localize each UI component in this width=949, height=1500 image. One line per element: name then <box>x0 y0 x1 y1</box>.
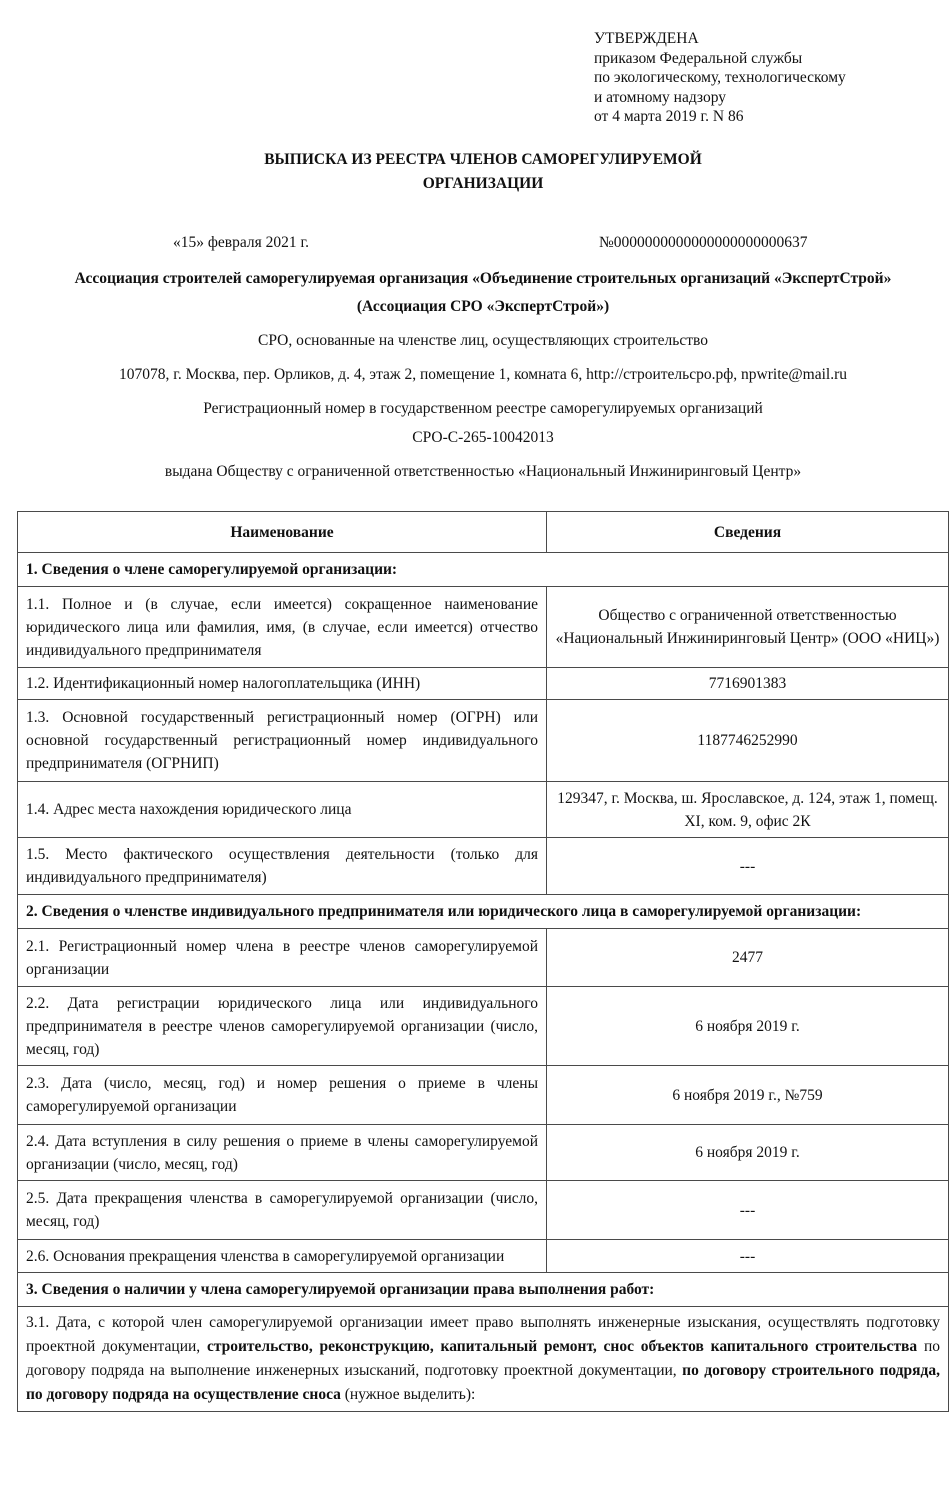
row-value: 7716901383 <box>547 668 949 700</box>
row-label: 2.4. Дата вступления в силу решения о пр… <box>18 1125 547 1181</box>
registry-label: Регистрационный номер в государственном … <box>0 400 949 418</box>
section-2-title: 2. Сведения о членстве индивидуального п… <box>18 895 949 929</box>
row-3-1-bold1: строительство, реконструкцию, капитальны… <box>207 1338 917 1355</box>
row-value: 6 ноября 2019 г. <box>547 1125 949 1181</box>
row-value: 6 ноября 2019 г. <box>547 987 949 1066</box>
approval-line: и атомному надзору <box>594 88 846 108</box>
column-header-name: Наименование <box>18 512 547 553</box>
table-row: 2.5. Дата прекращения членства в саморег… <box>18 1181 949 1240</box>
table-row: 2.4. Дата вступления в силу решения о пр… <box>18 1125 949 1181</box>
table-header-row: Наименование Сведения <box>18 512 949 553</box>
section-1-title: 1. Сведения о члене саморегулируемой орг… <box>18 553 949 587</box>
organization-type: СРО, основанные на членстве лиц, осущест… <box>0 332 949 350</box>
row-value: --- <box>547 1181 949 1240</box>
table-row: 1.1. Полное и (в случае, если имеется) с… <box>18 587 949 668</box>
issued-to: выдана Обществу с ограниченной ответстве… <box>0 463 949 481</box>
document-title: ВЫПИСКА ИЗ РЕЕСТРА ЧЛЕНОВ САМОРЕГУЛИРУЕМ… <box>0 148 949 196</box>
approval-line: УТВЕРЖДЕНА <box>594 29 846 49</box>
organization-full-name: Ассоциация строителей саморегулируемая о… <box>0 270 949 288</box>
section-row: 3. Сведения о наличии у члена саморегули… <box>18 1273 949 1307</box>
row-label: 2.6. Основания прекращения членства в са… <box>18 1240 547 1273</box>
row-label: 1.3. Основной государственный регистраци… <box>18 700 547 782</box>
row-value: 1187746252990 <box>547 700 949 782</box>
row-value: 2477 <box>547 929 949 987</box>
table-row: 2.3. Дата (число, месяц, год) и номер ре… <box>18 1066 949 1125</box>
row-value: --- <box>547 1240 949 1273</box>
table-row: 2.6. Основания прекращения членства в са… <box>18 1240 949 1273</box>
approval-line: от 4 марта 2019 г. N 86 <box>594 107 846 127</box>
document-title-line1: ВЫПИСКА ИЗ РЕЕСТРА ЧЛЕНОВ САМОРЕГУЛИРУЕМ… <box>0 148 949 172</box>
row-label: 1.1. Полное и (в случае, если имеется) с… <box>18 587 547 668</box>
row-label: 2.3. Дата (число, месяц, год) и номер ре… <box>18 1066 547 1125</box>
organization-address: 107078, г. Москва, пер. Орликов, д. 4, э… <box>0 366 949 384</box>
row-label: 1.2. Идентификационный номер налогоплате… <box>18 668 547 700</box>
section-row: 1. Сведения о члене саморегулируемой орг… <box>18 553 949 587</box>
issue-date: «15» февраля 2021 г. <box>173 234 309 252</box>
row-3-1-part3: (нужное выделить): <box>341 1386 475 1403</box>
extract-number: №0000000000000000000000637 <box>599 234 808 252</box>
section-3-title: 3. Сведения о наличии у члена саморегули… <box>18 1273 949 1307</box>
table-row: 2.1. Регистрационный номер члена в реест… <box>18 929 949 987</box>
table-row: 3.1. Дата, с которой член саморегулируем… <box>18 1307 949 1412</box>
approval-stamp: УТВЕРЖДЕНА приказом Федеральной службы п… <box>594 29 846 127</box>
row-3-1-text: 3.1. Дата, с которой член саморегулируем… <box>18 1307 949 1412</box>
row-label: 1.4. Адрес места нахождения юридического… <box>18 782 547 838</box>
row-value: 129347, г. Москва, ш. Ярославское, д. 12… <box>547 782 949 838</box>
row-value: Общество с ограниченной ответственностью… <box>547 587 949 668</box>
table-row: 1.2. Идентификационный номер налогоплате… <box>18 668 949 700</box>
organization-short-name: (Ассоциация СРО «ЭкспертСтрой») <box>0 298 949 316</box>
table-row: 1.3. Основной государственный регистраци… <box>18 700 949 782</box>
registry-number: СРО-С-265-10042013 <box>0 429 949 447</box>
registry-table: Наименование Сведения 1. Сведения о член… <box>17 511 949 1412</box>
row-label: 1.5. Место фактического осуществления де… <box>18 838 547 895</box>
row-value: 6 ноября 2019 г., №759 <box>547 1066 949 1125</box>
approval-line: приказом Федеральной службы <box>594 49 846 69</box>
row-label: 2.1. Регистрационный номер члена в реест… <box>18 929 547 987</box>
table-row: 1.4. Адрес места нахождения юридического… <box>18 782 949 838</box>
column-header-info: Сведения <box>547 512 949 553</box>
table-row: 1.5. Место фактического осуществления де… <box>18 838 949 895</box>
row-value: --- <box>547 838 949 895</box>
row-label: 2.2. Дата регистрации юридического лица … <box>18 987 547 1066</box>
table-row: 2.2. Дата регистрации юридического лица … <box>18 987 949 1066</box>
row-label: 2.5. Дата прекращения членства в саморег… <box>18 1181 547 1240</box>
section-row: 2. Сведения о членстве индивидуального п… <box>18 895 949 929</box>
document-title-line2: ОРГАНИЗАЦИИ <box>0 172 949 196</box>
approval-line: по экологическому, технологическому <box>594 68 846 88</box>
